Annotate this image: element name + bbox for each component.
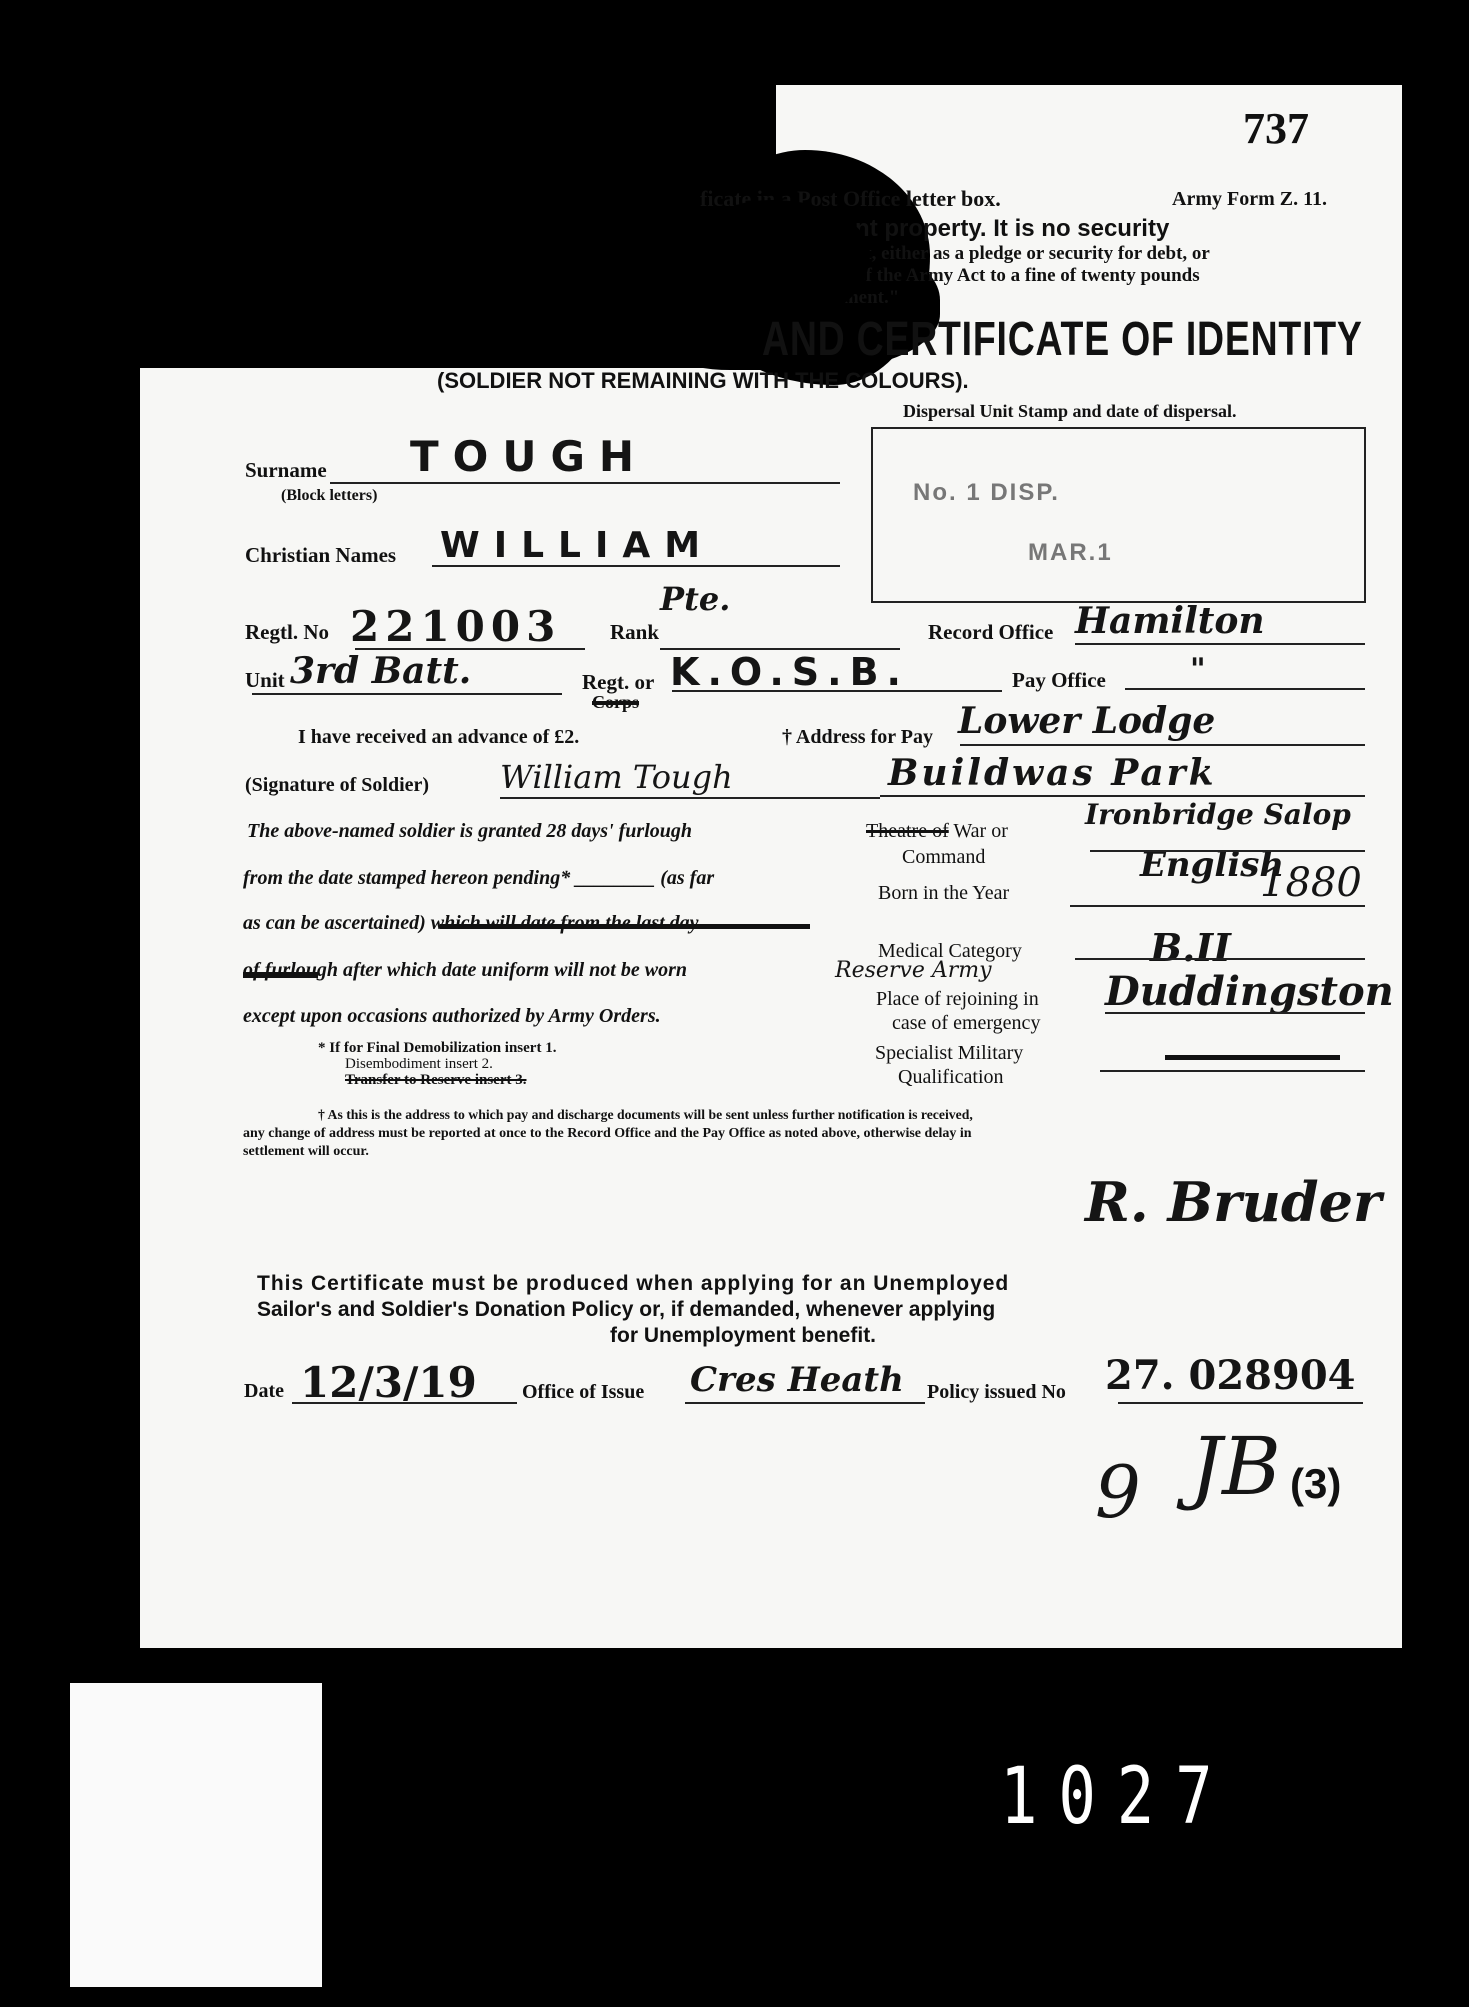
stamp-label: Dispersal Unit Stamp and date of dispers… — [903, 401, 1237, 422]
rejoining-line — [1105, 1012, 1365, 1014]
specialist-label: Specialist Military — [875, 1042, 1023, 1065]
theatre-label: War or — [953, 820, 1007, 842]
specialist-line — [1100, 1070, 1365, 1072]
address-line-1-rule — [960, 744, 1365, 746]
date-label: Date — [244, 1380, 284, 1403]
stamp-text-1: No. 1 DISP. — [913, 479, 1060, 507]
header-line-3: it, either as a pledge or security for d… — [860, 243, 1210, 265]
pay-office-line — [1125, 688, 1365, 690]
furlough-line-1: The above-named soldier is granted 28 da… — [247, 820, 692, 843]
rank-value: Pte. — [660, 580, 730, 618]
notice-line-1: This Certificate must be produced when a… — [257, 1272, 1009, 1296]
surname-label: Surname — [245, 458, 327, 483]
christian-names-line — [432, 565, 840, 567]
furlough-line-5: except upon occasions authorized by Army… — [243, 1005, 661, 1028]
medical-line — [1075, 958, 1365, 960]
record-office-label: Record Office — [928, 620, 1053, 645]
soldier-signature: William Tough — [500, 758, 733, 796]
theatre-line — [1090, 850, 1365, 852]
officer-signature: R. Bruder — [1085, 1170, 1381, 1234]
furlough-strike-1 — [440, 924, 810, 929]
specialist-dash — [1165, 1055, 1340, 1060]
medical-value: B.II — [1150, 925, 1231, 970]
dispersal-stamp-box: No. 1 DISP. MAR.1 — [871, 427, 1366, 603]
command-label: Command — [902, 846, 985, 869]
address-note-1: † As this is the address to which pay an… — [318, 1108, 973, 1124]
unit-line — [252, 693, 562, 695]
annotation-code: (3) — [1290, 1460, 1341, 1508]
born-value: 1880 — [1260, 860, 1362, 906]
signature-label: (Signature of Soldier) — [245, 774, 429, 797]
regtl-no-label: Regtl. No — [245, 620, 329, 645]
policy-label: Policy issued No — [927, 1381, 1066, 1404]
address-line-2: Buildwas Park — [888, 752, 1217, 794]
form-id: Army Form Z. 11. — [1172, 188, 1327, 211]
date-line — [292, 1402, 517, 1404]
footnote-2: Disembodiment insert 2. — [345, 1056, 493, 1073]
specialist-label-2: Qualification — [898, 1066, 1004, 1089]
annotation-initials: JB — [1190, 1420, 1281, 1513]
rejoining-label: Place of rejoining in — [876, 988, 1039, 1011]
regtl-no-value: 221003 — [350, 602, 561, 651]
policy-line — [1118, 1402, 1363, 1404]
notice-line-3: for Unemployment benefit. — [610, 1324, 876, 1348]
pay-office-label: Pay Office — [1012, 668, 1106, 693]
rejoining-margin-note: Reserve Army — [835, 958, 992, 983]
office-of-issue-value: Cres Heath — [690, 1360, 904, 1400]
regt-line — [672, 690, 1002, 692]
furlough-strike-2 — [243, 972, 318, 978]
address-note-2: any change of address must be reported a… — [243, 1126, 972, 1142]
annotation-mark: 9 — [1095, 1450, 1141, 1534]
theatre-label-struck: Theatre of War or — [866, 820, 1008, 843]
born-label: Born in the Year — [878, 882, 1009, 905]
address-line-2-rule — [880, 795, 1365, 797]
pay-office-value: " — [1190, 652, 1206, 687]
date-value: 12/3/19 — [300, 1358, 477, 1407]
stamp-text-2: MAR.1 — [1028, 539, 1113, 567]
office-of-issue-label: Office of Issue — [522, 1381, 644, 1404]
office-of-issue-line — [685, 1402, 925, 1404]
unit-value: 3rd Batt. — [290, 650, 471, 692]
unit-label: Unit — [245, 668, 285, 693]
surname-value: TOUGH — [410, 432, 648, 481]
policy-value: 27. 028904 — [1105, 1352, 1356, 1399]
footnote-3: Transfer to Reserve insert 3. — [345, 1072, 526, 1089]
address-line-1: Lower Lodge — [958, 700, 1215, 742]
document-subtitle: (SOLDIER NOT REMAINING WITH THE COLOURS)… — [437, 368, 969, 394]
corps-label: Corps — [592, 692, 639, 713]
christian-names-value: WILLIAM — [440, 525, 714, 566]
page-number: 737 — [1243, 103, 1309, 154]
record-office-line — [1075, 643, 1365, 645]
address-note-3: settlement will occur. — [243, 1144, 369, 1160]
signature-line — [500, 797, 880, 799]
theatre-struck-text: Theatre of — [866, 820, 949, 842]
header-line-4: ) of the Army Act to a fine of twenty po… — [845, 265, 1200, 287]
footnote-1: * If for Final Demobilization insert 1. — [318, 1040, 556, 1057]
calibration-card — [70, 1683, 322, 1987]
torn-overlay — [680, 200, 870, 320]
born-line — [1070, 905, 1365, 907]
document-title: AND CERTIFICATE OF IDENTITY — [762, 312, 1363, 367]
record-office-value: Hamilton — [1075, 600, 1265, 642]
christian-names-label: Christian Names — [245, 543, 396, 568]
address-label: † Address for Pay — [782, 726, 933, 749]
rejoining-label-2: case of emergency — [892, 1012, 1040, 1035]
address-line-3: Ironbridge Salop — [1085, 798, 1351, 831]
rank-label: Rank — [610, 620, 659, 645]
surname-sublabel: (Block letters) — [281, 487, 377, 505]
notice-line-2: Sailor's and Soldier's Donation Policy o… — [257, 1298, 995, 1322]
rejoining-value: Duddingston — [1105, 968, 1394, 1015]
furlough-line-4: of furlough after which date uniform wil… — [243, 959, 687, 982]
furlough-line-2: from the date stamped hereon pending* __… — [243, 867, 714, 890]
surname-line — [330, 482, 840, 484]
frame-counter: 1027 — [1000, 1752, 1233, 1842]
advance-text: I have received an advance of £2. — [298, 726, 579, 749]
regt-value: K.O.S.B. — [670, 650, 909, 694]
